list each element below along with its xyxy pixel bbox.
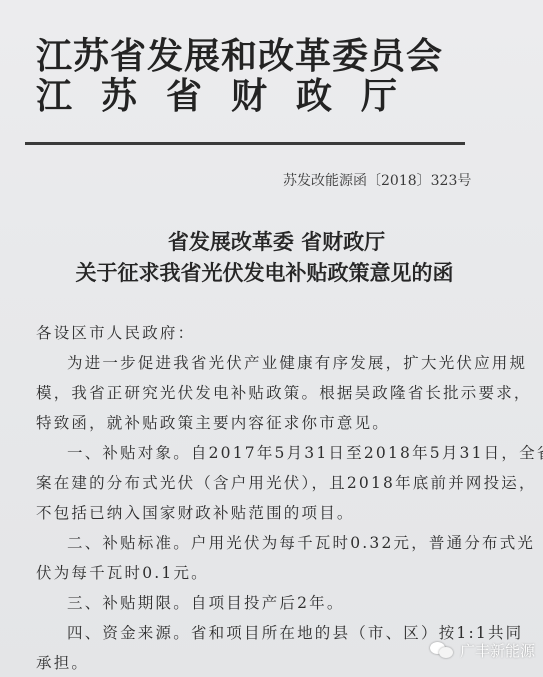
wechat-watermark: 广丰新能源 bbox=[430, 640, 535, 661]
body-line-subsidy-standard: 二、补贴标准。户用光伏为每千瓦时0.32元，普通分布式光 bbox=[36, 528, 506, 558]
org-name-ndrc: 江苏省发展和改革委员会 bbox=[36, 36, 476, 76]
wechat-icon bbox=[430, 642, 454, 660]
body-line-subsidy-period: 三、补贴期限。自项目投产后2年。 bbox=[36, 588, 506, 618]
body-line-subsidy-target: 一、补贴对象。自2017年5月31日至2018年5月31日，全省备 bbox=[36, 438, 506, 468]
salutation: 各设区市人民政府： bbox=[36, 318, 506, 348]
body-line: 伏为每千瓦时0.1元。 bbox=[36, 558, 506, 588]
org-name-finance-dept: 江苏省财政厅 bbox=[36, 76, 476, 116]
watermark-text: 广丰新能源 bbox=[460, 640, 535, 661]
title-issuers: 省发展改革委 省财政厅 bbox=[0, 226, 543, 257]
issuing-organizations-header: 江苏省发展和改革委员会 江苏省财政厅 bbox=[36, 36, 476, 116]
document-title: 省发展改革委 省财政厅 关于征求我省光伏发电补贴政策意见的函 bbox=[0, 226, 543, 288]
document-number: 苏发改能源函〔2018〕323号 bbox=[283, 170, 471, 190]
body-line: 为进一步促进我省光伏产业健康有序发展，扩大光伏应用规 bbox=[36, 348, 506, 378]
body-line: 模，我省正研究光伏发电补贴政策。根据吴政隆省长批示要求， bbox=[36, 378, 506, 408]
body-line: 不包括已纳入国家财政补贴范围的项目。 bbox=[36, 498, 506, 528]
body-line: 案在建的分布式光伏（含户用光伏），且2018年底前并网投运， bbox=[36, 468, 506, 498]
document-body: 各设区市人民政府： 为进一步促进我省光伏产业健康有序发展，扩大光伏应用规 模，我… bbox=[36, 318, 506, 677]
header-separator-line bbox=[25, 142, 465, 145]
title-subject: 关于征求我省光伏发电补贴政策意见的函 bbox=[0, 257, 543, 288]
document-page: 江苏省发展和改革委员会 江苏省财政厅 苏发改能源函〔2018〕323号 省发展改… bbox=[0, 0, 543, 677]
body-line: 特致函，就补贴政策主要内容征求你市意见。 bbox=[36, 408, 506, 438]
